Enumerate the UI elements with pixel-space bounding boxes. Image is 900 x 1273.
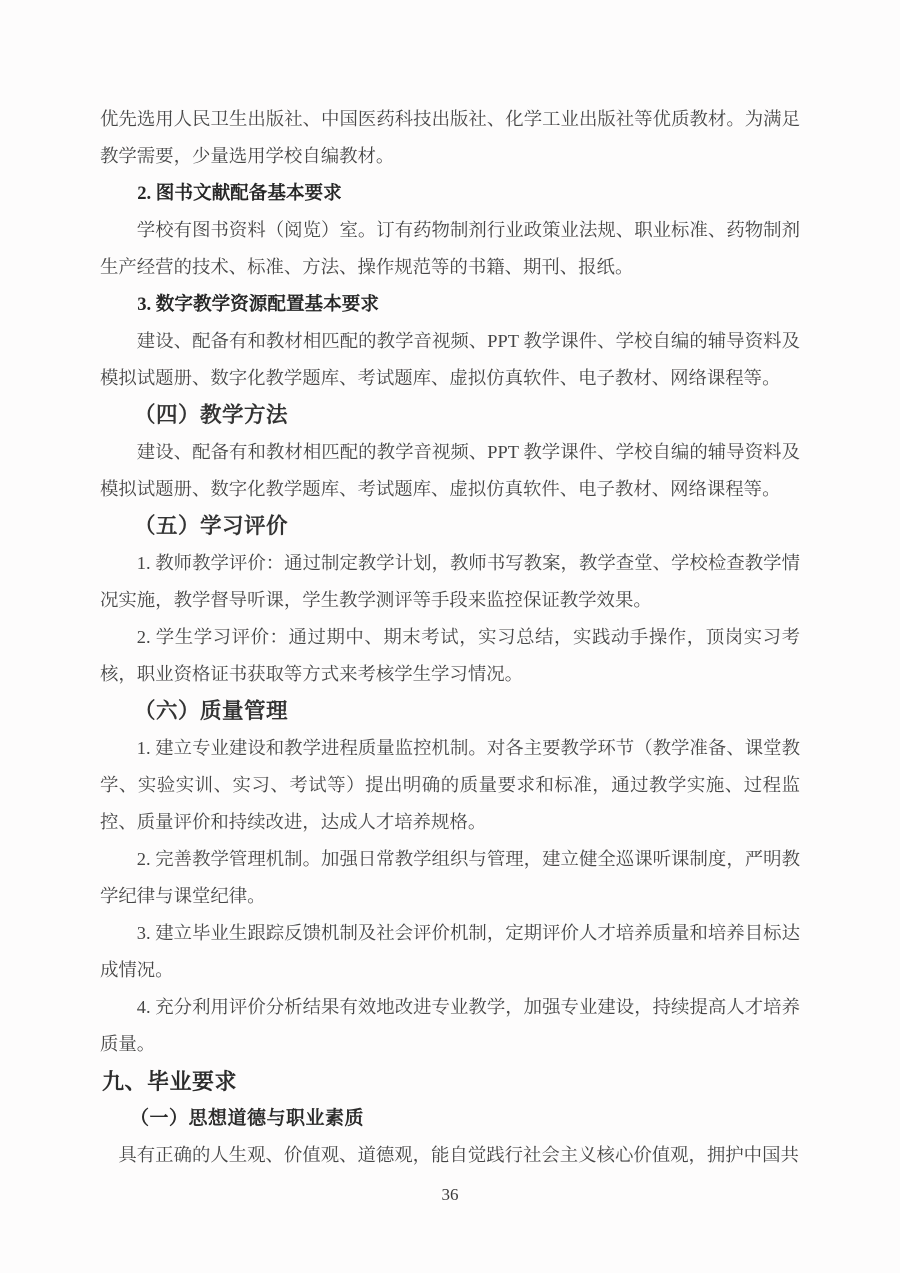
paragraph-quality-item-4: 4. 充分利用评价分析结果有效地改进专业教学，加强专业建设，持续提高人才培养质量… (100, 989, 800, 1063)
heading-teaching-methods: （四）教学方法 (100, 397, 800, 434)
paragraph-digital-resources: 建设、配备有和教材相匹配的教学音视频、PPT 教学课件、学校自编的辅导资料及模拟… (100, 323, 800, 397)
heading-learning-evaluation: （五）学习评价 (100, 508, 800, 545)
paragraph-teaching-methods: 建设、配备有和教材相匹配的教学音视频、PPT 教学课件、学校自编的辅导资料及模拟… (100, 434, 800, 508)
paragraph-teacher-evaluation: 1. 教师教学评价：通过制定教学计划，教师书写教案，教学查堂、学校检查教学情况实… (100, 545, 800, 619)
paragraph-textbook-selection: 优先选用人民卫生出版社、中国医药科技出版社、化学工业出版社等优质教材。为满足教学… (100, 101, 800, 175)
paragraph-quality-item-1: 1. 建立专业建设和教学进程质量监控机制。对各主要教学环节（教学准备、课堂教学、… (100, 730, 800, 841)
heading-ideology-morality: （一）思想道德与职业素质 (100, 1101, 800, 1137)
heading-quality-management: （六）质量管理 (100, 693, 800, 730)
heading-graduation-requirements: 九、毕业要求 (100, 1063, 800, 1101)
heading-library-requirements: 2. 图书文献配备基本要求 (100, 175, 800, 212)
paragraph-ideology-morality: 具有正确的人生观、价值观、道德观，能自觉践行社会主义核心价值观，拥护中国共 (100, 1137, 800, 1174)
document-page: 优先选用人民卫生出版社、中国医药科技出版社、化学工业出版社等优质教材。为满足教学… (0, 0, 900, 1273)
paragraph-quality-item-3: 3. 建立毕业生跟踪反馈机制及社会评价机制，定期评价人才培养质量和培养目标达成情… (100, 915, 800, 989)
heading-digital-resources: 3. 数字教学资源配置基本要求 (100, 286, 800, 323)
page-number: 36 (100, 1184, 800, 1206)
paragraph-quality-item-2: 2. 完善教学管理机制。加强日常教学组织与管理，建立健全巡课听课制度，严明教学纪… (100, 841, 800, 915)
paragraph-library-resources: 学校有图书资料（阅览）室。订有药物制剂行业政策业法规、职业标准、药物制剂生产经营… (100, 212, 800, 286)
paragraph-student-evaluation: 2. 学生学习评价：通过期中、期末考试，实习总结，实践动手操作，顶岗实习考核，职… (100, 619, 800, 693)
